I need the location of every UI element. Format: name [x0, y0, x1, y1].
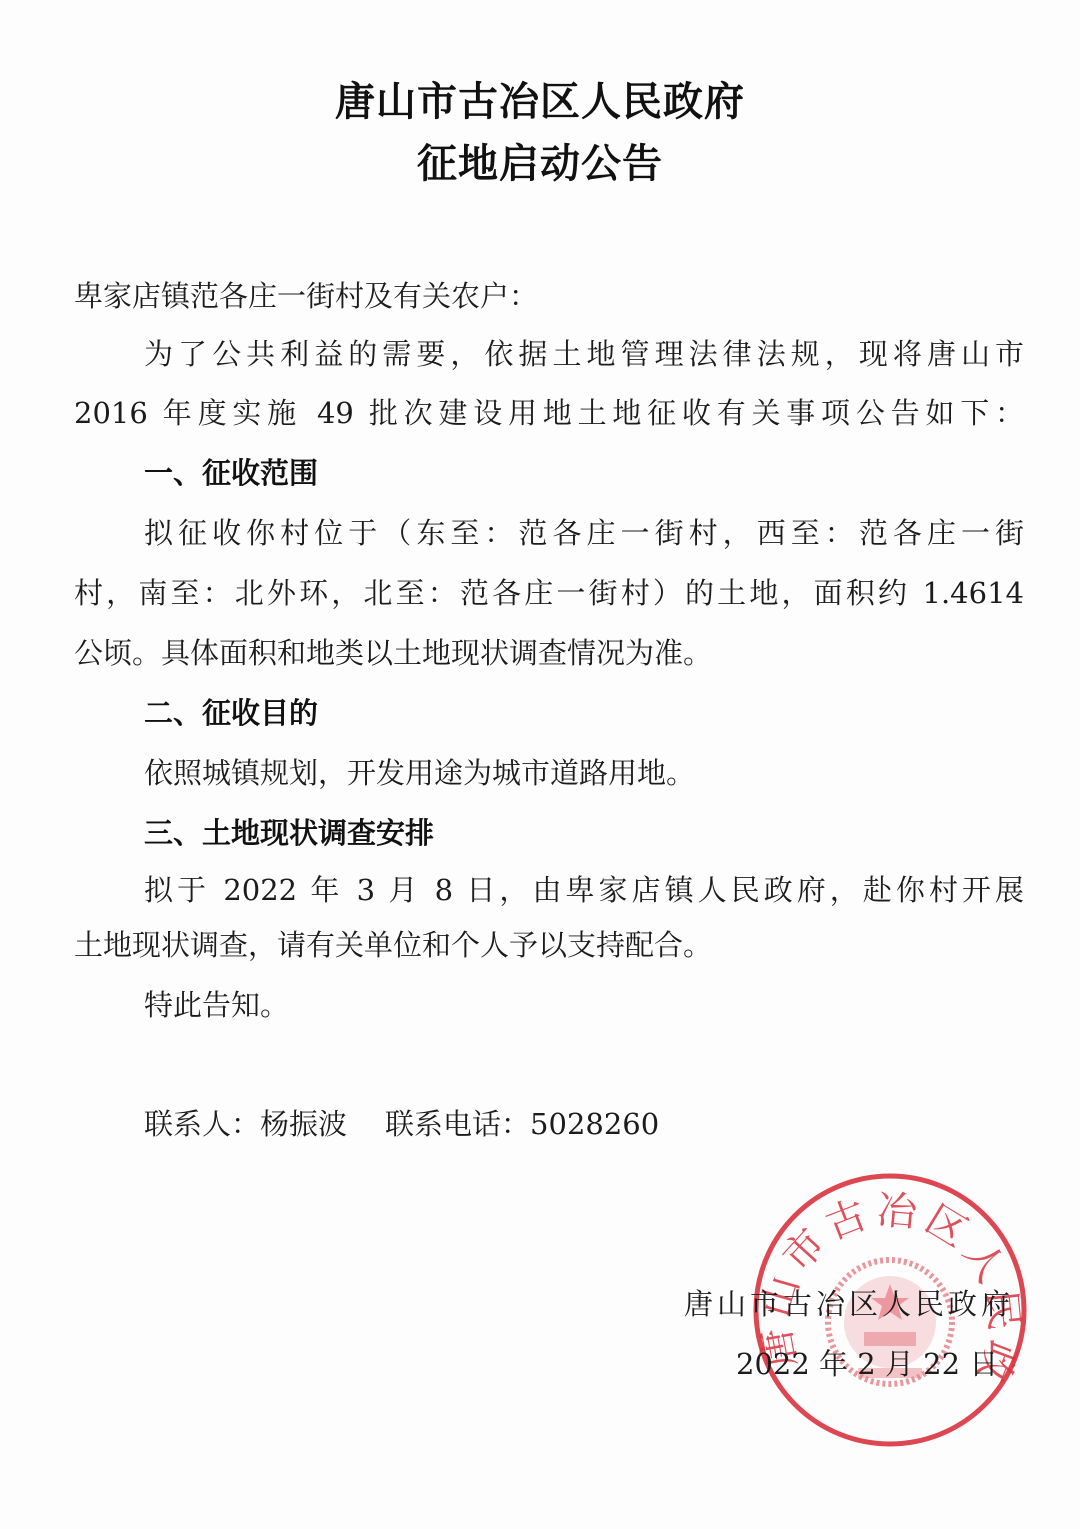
document-title: 唐山市古冶区人民政府 — [0, 70, 1080, 127]
contact-line: 联系人：杨振波联系电话：5028260 — [144, 1104, 659, 1144]
scope-line-1: 拟征收你村位于（东至：范各庄一街村，西至：范各庄一街 — [144, 513, 1024, 553]
scope-line-2: 村，南至：北外环，北至：范各庄一街村）的土地，面积约 1.4614 — [74, 573, 1024, 613]
section-heading-purpose: 二、征收目的 — [144, 693, 318, 733]
section-heading-scope: 一、征收范围 — [144, 453, 318, 493]
contact-person-label: 联系人： — [144, 1107, 260, 1141]
survey-line-2: 土地现状调查，请有关单位和个人予以支持配合。 — [74, 925, 712, 965]
contact-phone-label: 联系电话： — [385, 1107, 530, 1141]
intro-line-2: 2016 年度实施 49 批次建设用地土地征收有关事项公告如下： — [74, 393, 1024, 433]
closing: 特此告知。 — [144, 985, 289, 1025]
purpose-line-1: 依照城镇规划，开发用途为城市道路用地。 — [144, 753, 695, 793]
issue-date: 2022 年 2 月 22 日 — [736, 1344, 998, 1384]
contact-phone: 5028260 — [530, 1107, 659, 1141]
section-heading-survey: 三、土地现状调查安排 — [144, 813, 434, 853]
scope-line-3: 公顷。具体面积和地类以土地现状调查情况为准。 — [74, 633, 712, 673]
issuer-signature: 唐山市古冶区人民政府 — [684, 1284, 1014, 1324]
contact-person-name: 杨振波 — [260, 1107, 347, 1141]
intro-line-1: 为了公共利益的需要，依据土地管理法律法规，现将唐山市 — [144, 334, 1024, 374]
addressee: 卑家店镇范各庄一街村及有关农户： — [74, 276, 538, 316]
survey-line-1: 拟于 2022 年 3 月 8 日，由卑家店镇人民政府，赴你村开展 — [144, 870, 1024, 910]
document-subtitle: 征地启动公告 — [0, 132, 1080, 189]
